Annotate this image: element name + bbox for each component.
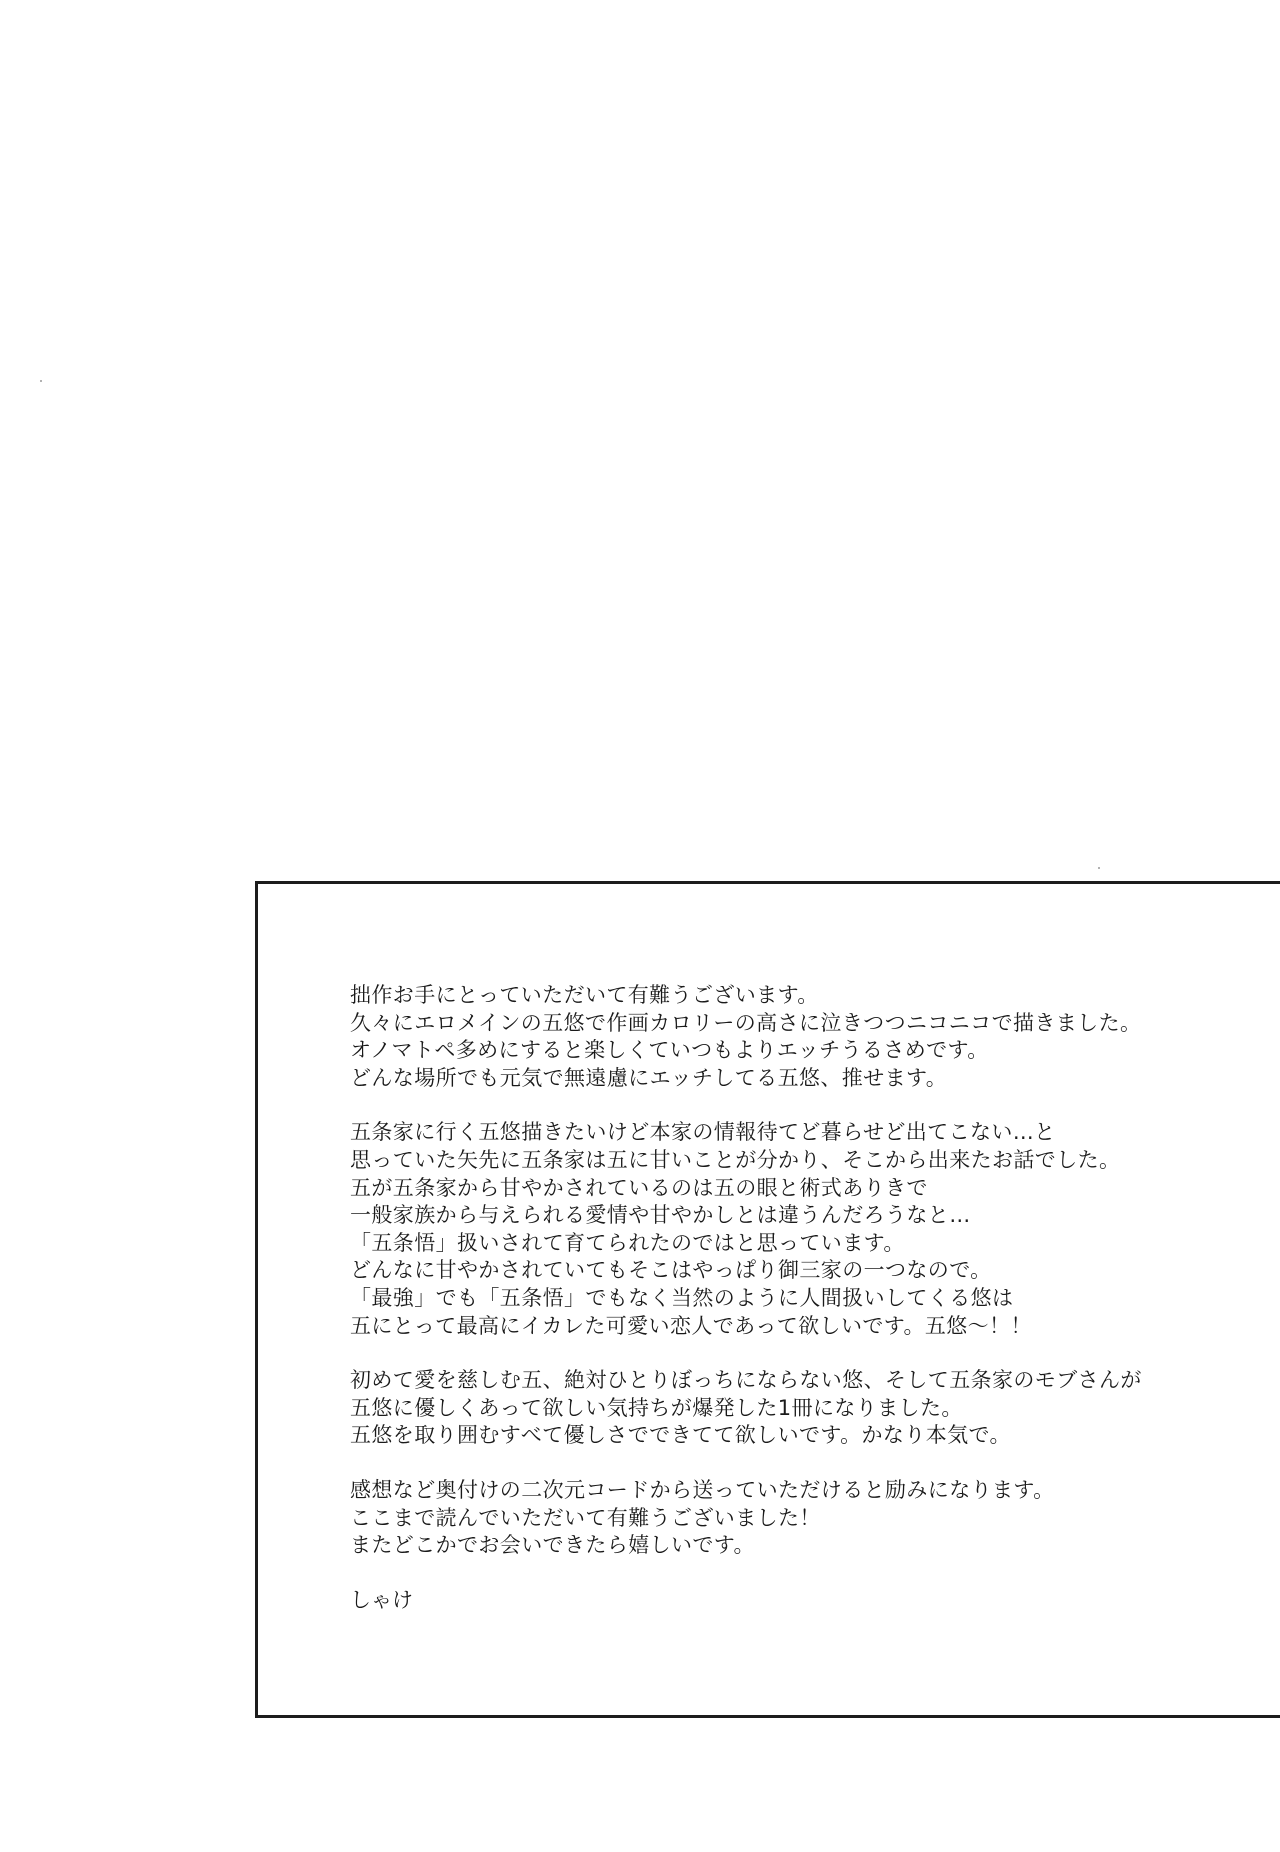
text-line: 五悠を取り囲むすべて優しさでできてて欲しいです。かなり本気で。 (350, 1422, 1250, 1450)
text-line: 久々にエロメインの五悠で作画カロリーの高さに泣きつつニコニコで描きました。 (350, 1010, 1250, 1038)
text-line: 五悠に優しくあって欲しい気持ちが爆発した1冊になりました。 (350, 1395, 1250, 1423)
text-line: ここまで読んでいただいて有難うございました！ (350, 1505, 1250, 1533)
paragraph-1: 拙作お手にとっていただいて有難うございます。 久々にエロメインの五悠で作画カロリ… (350, 982, 1250, 1092)
text-line: またどこかでお会いできたら嬉しいです。 (350, 1532, 1250, 1560)
paragraph-2: 五条家に行く五悠描きたいけど本家の情報待てど暮らせど出てこない…と 思っていた矢… (350, 1119, 1250, 1340)
text-line: 五が五条家から甘やかされているのは五の眼と術式ありきで (350, 1175, 1250, 1203)
text-line: 拙作お手にとっていただいて有難うございます。 (350, 982, 1250, 1010)
afterword-text: 拙作お手にとっていただいて有難うございます。 久々にエロメインの五悠で作画カロリ… (350, 982, 1250, 1614)
text-line: 「五条悟」扱いされて育てられたのではと思っています。 (350, 1230, 1250, 1258)
text-line: 五条家に行く五悠描きたいけど本家の情報待てど暮らせど出てこない…と (350, 1119, 1250, 1147)
scan-speck (40, 380, 42, 382)
text-line: 思っていた矢先に五条家は五に甘いことが分かり、そこから出来たお話でした。 (350, 1147, 1250, 1175)
text-line: 五にとって最高にイカレた可愛い恋人であって欲しいです。五悠～！！ (350, 1313, 1250, 1341)
text-line: どんなに甘やかされていてもそこはやっぱり御三家の一つなので。 (350, 1257, 1250, 1285)
paragraph-4: 感想など奥付けの二次元コードから送っていただけると励みになります。 ここまで読ん… (350, 1477, 1250, 1560)
paragraph-3: 初めて愛を慈しむ五、絶対ひとりぼっちにならない悠、そして五条家のモブさんが 五悠… (350, 1367, 1250, 1450)
text-line: 一般家族から与えられる愛情や甘やかしとは違うんだろうなと… (350, 1202, 1250, 1230)
text-line: 感想など奥付けの二次元コードから送っていただけると励みになります。 (350, 1477, 1250, 1505)
text-line: 「最強」でも「五条悟」でもなく当然のように人間扱いしてくる悠は (350, 1285, 1250, 1313)
text-line: オノマトペ多めにすると楽しくていつもよりエッチうるさめです。 (350, 1037, 1250, 1065)
scan-speck (1098, 867, 1100, 869)
author-signature: しゃけ (350, 1587, 1250, 1615)
text-line: 初めて愛を慈しむ五、絶対ひとりぼっちにならない悠、そして五条家のモブさんが (350, 1367, 1250, 1395)
text-line: どんな場所でも元気で無遠慮にエッチしてる五悠、推せます。 (350, 1065, 1250, 1093)
